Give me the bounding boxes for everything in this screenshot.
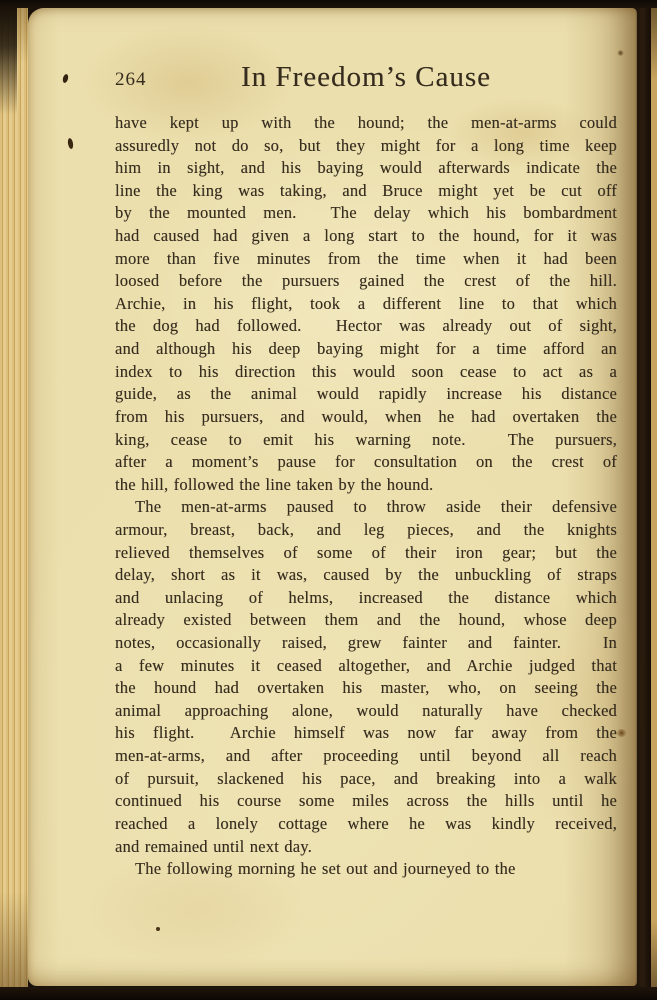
page-header: 264 In Freedom’s Cause xyxy=(115,52,617,94)
text-block: have kept up with the hound; the men-at-… xyxy=(115,112,617,881)
running-title: In Freedom’s Cause xyxy=(115,61,617,94)
text-line: after a moment’s pause for consultation … xyxy=(115,451,617,474)
scan-border-bottom xyxy=(0,987,657,1000)
text-line: Archie, in his flight, took a different … xyxy=(115,293,617,316)
text-line: the dog had followed. Hector was already… xyxy=(115,315,617,338)
text-line: The following morning he set out and jou… xyxy=(115,858,617,881)
text-line: have kept up with the hound; the men-at-… xyxy=(115,112,617,135)
ink-speck xyxy=(62,74,69,84)
text-line: animal approaching alone, would naturall… xyxy=(115,700,617,723)
book-scan: 264 In Freedom’s Cause have kept up with… xyxy=(0,0,657,1000)
text-line: and unlacing of helms, increased the dis… xyxy=(115,587,617,610)
text-line: loosed before the pursuers gained the cr… xyxy=(115,270,617,293)
text-line: notes, occasionally raised, grew fainter… xyxy=(115,632,617,655)
page-fore-edges xyxy=(0,5,28,990)
gutter-shadow xyxy=(635,0,651,1000)
paragraph: have kept up with the hound; the men-at-… xyxy=(115,112,617,496)
text-line: had caused had given a long start to the… xyxy=(115,225,617,248)
foxing-spot xyxy=(617,50,624,56)
text-line: and although his deep baying might for a… xyxy=(115,338,617,361)
text-line: men-at-arms, and after proceeding until … xyxy=(115,745,617,768)
corner-shadow xyxy=(0,0,17,115)
scan-border-top xyxy=(0,0,657,8)
text-line: a few minutes it ceased altogether, and … xyxy=(115,655,617,678)
text-line: guide, as the animal would rapidly incre… xyxy=(115,383,617,406)
text-line: him in sight, and his baying would after… xyxy=(115,157,617,180)
text-line: The men-at-arms paused to throw aside th… xyxy=(115,496,617,519)
text-line: by the mounted men. The delay which his … xyxy=(115,202,617,225)
text-line: and remained until next day. xyxy=(115,836,617,859)
paragraph: The following morning he set out and jou… xyxy=(115,858,617,881)
text-line: the hound had overtaken his master, who,… xyxy=(115,677,617,700)
text-line: from his pursuers, and would, when he ha… xyxy=(115,406,617,429)
text-line: reached a lonely cottage where he was ki… xyxy=(115,813,617,836)
ink-speck xyxy=(156,927,160,931)
ink-speck xyxy=(67,138,74,150)
text-line: armour, breast, back, and leg pieces, an… xyxy=(115,519,617,542)
text-line: relieved themselves of some of their iro… xyxy=(115,542,617,565)
text-line: continued his course some miles across t… xyxy=(115,790,617,813)
text-line: of pursuit, slackened his pace, and brea… xyxy=(115,768,617,791)
text-line: more than five minutes from the time whe… xyxy=(115,248,617,271)
text-line: index to his direction this would soon c… xyxy=(115,361,617,384)
text-line: already existed between them and the hou… xyxy=(115,609,617,632)
paragraph: The men-at-arms paused to throw aside th… xyxy=(115,496,617,858)
text-line: delay, short as it was, caused by the un… xyxy=(115,564,617,587)
adjacent-page-edge xyxy=(651,0,657,1000)
text-line: the hill, followed the line taken by the… xyxy=(115,474,617,497)
book-page: 264 In Freedom’s Cause have kept up with… xyxy=(28,8,637,986)
text-line: assuredly not do so, but they might for … xyxy=(115,135,617,158)
foxing-spot xyxy=(616,729,627,737)
text-line: king, cease to emit his warning note. Th… xyxy=(115,429,617,452)
text-line: line the king was taking, and Bruce migh… xyxy=(115,180,617,203)
text-line: his flight. Archie himself was now far a… xyxy=(115,722,617,745)
